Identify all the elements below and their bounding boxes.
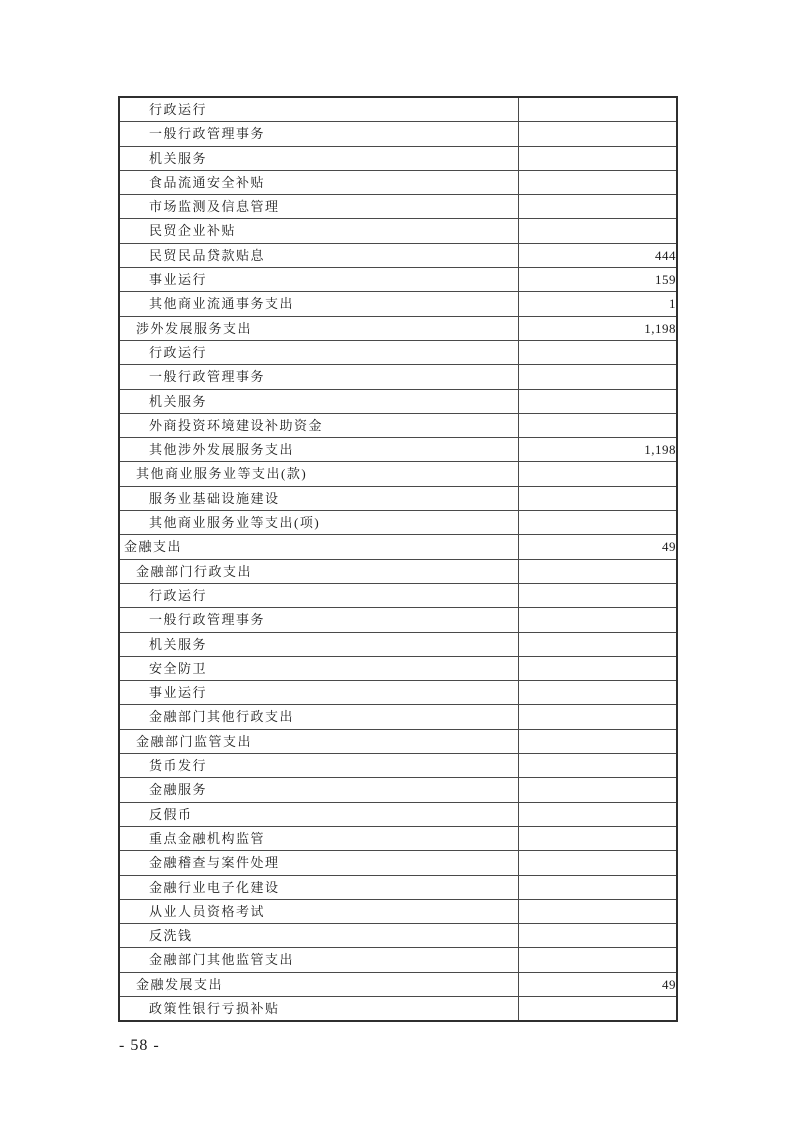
table-row: 行政运行 — [119, 97, 677, 122]
table-row: 其他商业流通事务支出1 — [119, 292, 677, 316]
table-row: 机关服务 — [119, 632, 677, 656]
table-row: 反假币 — [119, 802, 677, 826]
table-row: 金融稽查与案件处理 — [119, 851, 677, 875]
category-cell: 一般行政管理事务 — [119, 365, 518, 389]
amount-cell — [518, 802, 677, 826]
amount-cell — [518, 195, 677, 219]
category-cell: 机关服务 — [119, 632, 518, 656]
table-row: 其他涉外发展服务支出1,198 — [119, 438, 677, 462]
category-cell: 其他商业服务业等支出(款) — [119, 462, 518, 486]
amount-cell — [518, 170, 677, 194]
amount-cell — [518, 340, 677, 364]
category-cell: 行政运行 — [119, 583, 518, 607]
document-page: 行政运行一般行政管理事务机关服务食品流通安全补贴市场监测及信息管理民贸企业补贴民… — [0, 0, 793, 1122]
table-row: 金融部门其他行政支出 — [119, 705, 677, 729]
amount-cell — [518, 632, 677, 656]
category-cell: 事业运行 — [119, 681, 518, 705]
table-row: 一般行政管理事务 — [119, 608, 677, 632]
table-row: 其他商业服务业等支出(款) — [119, 462, 677, 486]
amount-cell: 444 — [518, 243, 677, 267]
amount-cell — [518, 511, 677, 535]
category-cell: 食品流通安全补贴 — [119, 170, 518, 194]
amount-cell: 159 — [518, 268, 677, 292]
category-cell: 金融部门监管支出 — [119, 729, 518, 753]
table-row: 货币发行 — [119, 754, 677, 778]
table-row: 金融服务 — [119, 778, 677, 802]
table-row: 涉外发展服务支出1,198 — [119, 316, 677, 340]
category-cell: 金融部门行政支出 — [119, 559, 518, 583]
category-cell: 金融行业电子化建设 — [119, 875, 518, 899]
category-cell: 行政运行 — [119, 97, 518, 122]
amount-cell — [518, 899, 677, 923]
table-row: 金融部门行政支出 — [119, 559, 677, 583]
category-cell: 反假币 — [119, 802, 518, 826]
table-row: 金融发展支出49 — [119, 972, 677, 996]
category-cell: 金融部门其他行政支出 — [119, 705, 518, 729]
category-cell: 重点金融机构监管 — [119, 826, 518, 850]
amount-cell — [518, 486, 677, 510]
category-cell: 一般行政管理事务 — [119, 122, 518, 146]
amount-cell: 1 — [518, 292, 677, 316]
amount-cell — [518, 219, 677, 243]
amount-cell — [518, 948, 677, 972]
category-cell: 金融支出 — [119, 535, 518, 559]
amount-cell — [518, 851, 677, 875]
category-cell: 涉外发展服务支出 — [119, 316, 518, 340]
amount-cell: 49 — [518, 972, 677, 996]
table-row: 服务业基础设施建设 — [119, 486, 677, 510]
table-row: 行政运行 — [119, 583, 677, 607]
amount-cell — [518, 97, 677, 122]
table-row: 市场监测及信息管理 — [119, 195, 677, 219]
page-number: - 58 - — [119, 1037, 160, 1055]
amount-cell: 1,198 — [518, 316, 677, 340]
category-cell: 机关服务 — [119, 146, 518, 170]
amount-cell — [518, 729, 677, 753]
table-row: 事业运行159 — [119, 268, 677, 292]
table-row: 其他商业服务业等支出(项) — [119, 511, 677, 535]
table-row: 食品流通安全补贴 — [119, 170, 677, 194]
amount-cell — [518, 705, 677, 729]
category-cell: 机关服务 — [119, 389, 518, 413]
budget-table: 行政运行一般行政管理事务机关服务食品流通安全补贴市场监测及信息管理民贸企业补贴民… — [118, 96, 678, 1022]
category-cell: 金融服务 — [119, 778, 518, 802]
amount-cell — [518, 681, 677, 705]
amount-cell — [518, 559, 677, 583]
table-row: 一般行政管理事务 — [119, 365, 677, 389]
category-cell: 事业运行 — [119, 268, 518, 292]
table-row: 事业运行 — [119, 681, 677, 705]
category-cell: 货币发行 — [119, 754, 518, 778]
category-cell: 民贸企业补贴 — [119, 219, 518, 243]
category-cell: 市场监测及信息管理 — [119, 195, 518, 219]
amount-cell — [518, 462, 677, 486]
category-cell: 民贸民品贷款贴息 — [119, 243, 518, 267]
category-cell: 外商投资环境建设补助资金 — [119, 413, 518, 437]
amount-cell — [518, 608, 677, 632]
category-cell: 安全防卫 — [119, 656, 518, 680]
table-row: 安全防卫 — [119, 656, 677, 680]
amount-cell — [518, 826, 677, 850]
budget-table-body: 行政运行一般行政管理事务机关服务食品流通安全补贴市场监测及信息管理民贸企业补贴民… — [119, 97, 677, 1021]
category-cell: 其他商业流通事务支出 — [119, 292, 518, 316]
table-row: 从业人员资格考试 — [119, 899, 677, 923]
table-row: 机关服务 — [119, 389, 677, 413]
table-row: 金融部门其他监管支出 — [119, 948, 677, 972]
category-cell: 政策性银行亏损补贴 — [119, 996, 518, 1021]
amount-cell — [518, 365, 677, 389]
category-cell: 一般行政管理事务 — [119, 608, 518, 632]
table-row: 外商投资环境建设补助资金 — [119, 413, 677, 437]
amount-cell — [518, 413, 677, 437]
category-cell: 服务业基础设施建设 — [119, 486, 518, 510]
amount-cell — [518, 583, 677, 607]
amount-cell — [518, 122, 677, 146]
table-row: 金融支出49 — [119, 535, 677, 559]
amount-cell — [518, 924, 677, 948]
category-cell: 行政运行 — [119, 340, 518, 364]
amount-cell: 49 — [518, 535, 677, 559]
category-cell: 其他涉外发展服务支出 — [119, 438, 518, 462]
table-row: 重点金融机构监管 — [119, 826, 677, 850]
table-row: 金融行业电子化建设 — [119, 875, 677, 899]
amount-cell — [518, 146, 677, 170]
table-row: 一般行政管理事务 — [119, 122, 677, 146]
category-cell: 其他商业服务业等支出(项) — [119, 511, 518, 535]
table-row: 反洗钱 — [119, 924, 677, 948]
category-cell: 金融稽查与案件处理 — [119, 851, 518, 875]
category-cell: 反洗钱 — [119, 924, 518, 948]
amount-cell — [518, 996, 677, 1021]
category-cell: 从业人员资格考试 — [119, 899, 518, 923]
amount-cell — [518, 656, 677, 680]
amount-cell — [518, 875, 677, 899]
table-row: 民贸企业补贴 — [119, 219, 677, 243]
category-cell: 金融部门其他监管支出 — [119, 948, 518, 972]
table-row: 政策性银行亏损补贴 — [119, 996, 677, 1021]
table-row: 金融部门监管支出 — [119, 729, 677, 753]
amount-cell: 1,198 — [518, 438, 677, 462]
amount-cell — [518, 754, 677, 778]
table-row: 行政运行 — [119, 340, 677, 364]
table-row: 民贸民品贷款贴息444 — [119, 243, 677, 267]
amount-cell — [518, 778, 677, 802]
category-cell: 金融发展支出 — [119, 972, 518, 996]
amount-cell — [518, 389, 677, 413]
table-row: 机关服务 — [119, 146, 677, 170]
